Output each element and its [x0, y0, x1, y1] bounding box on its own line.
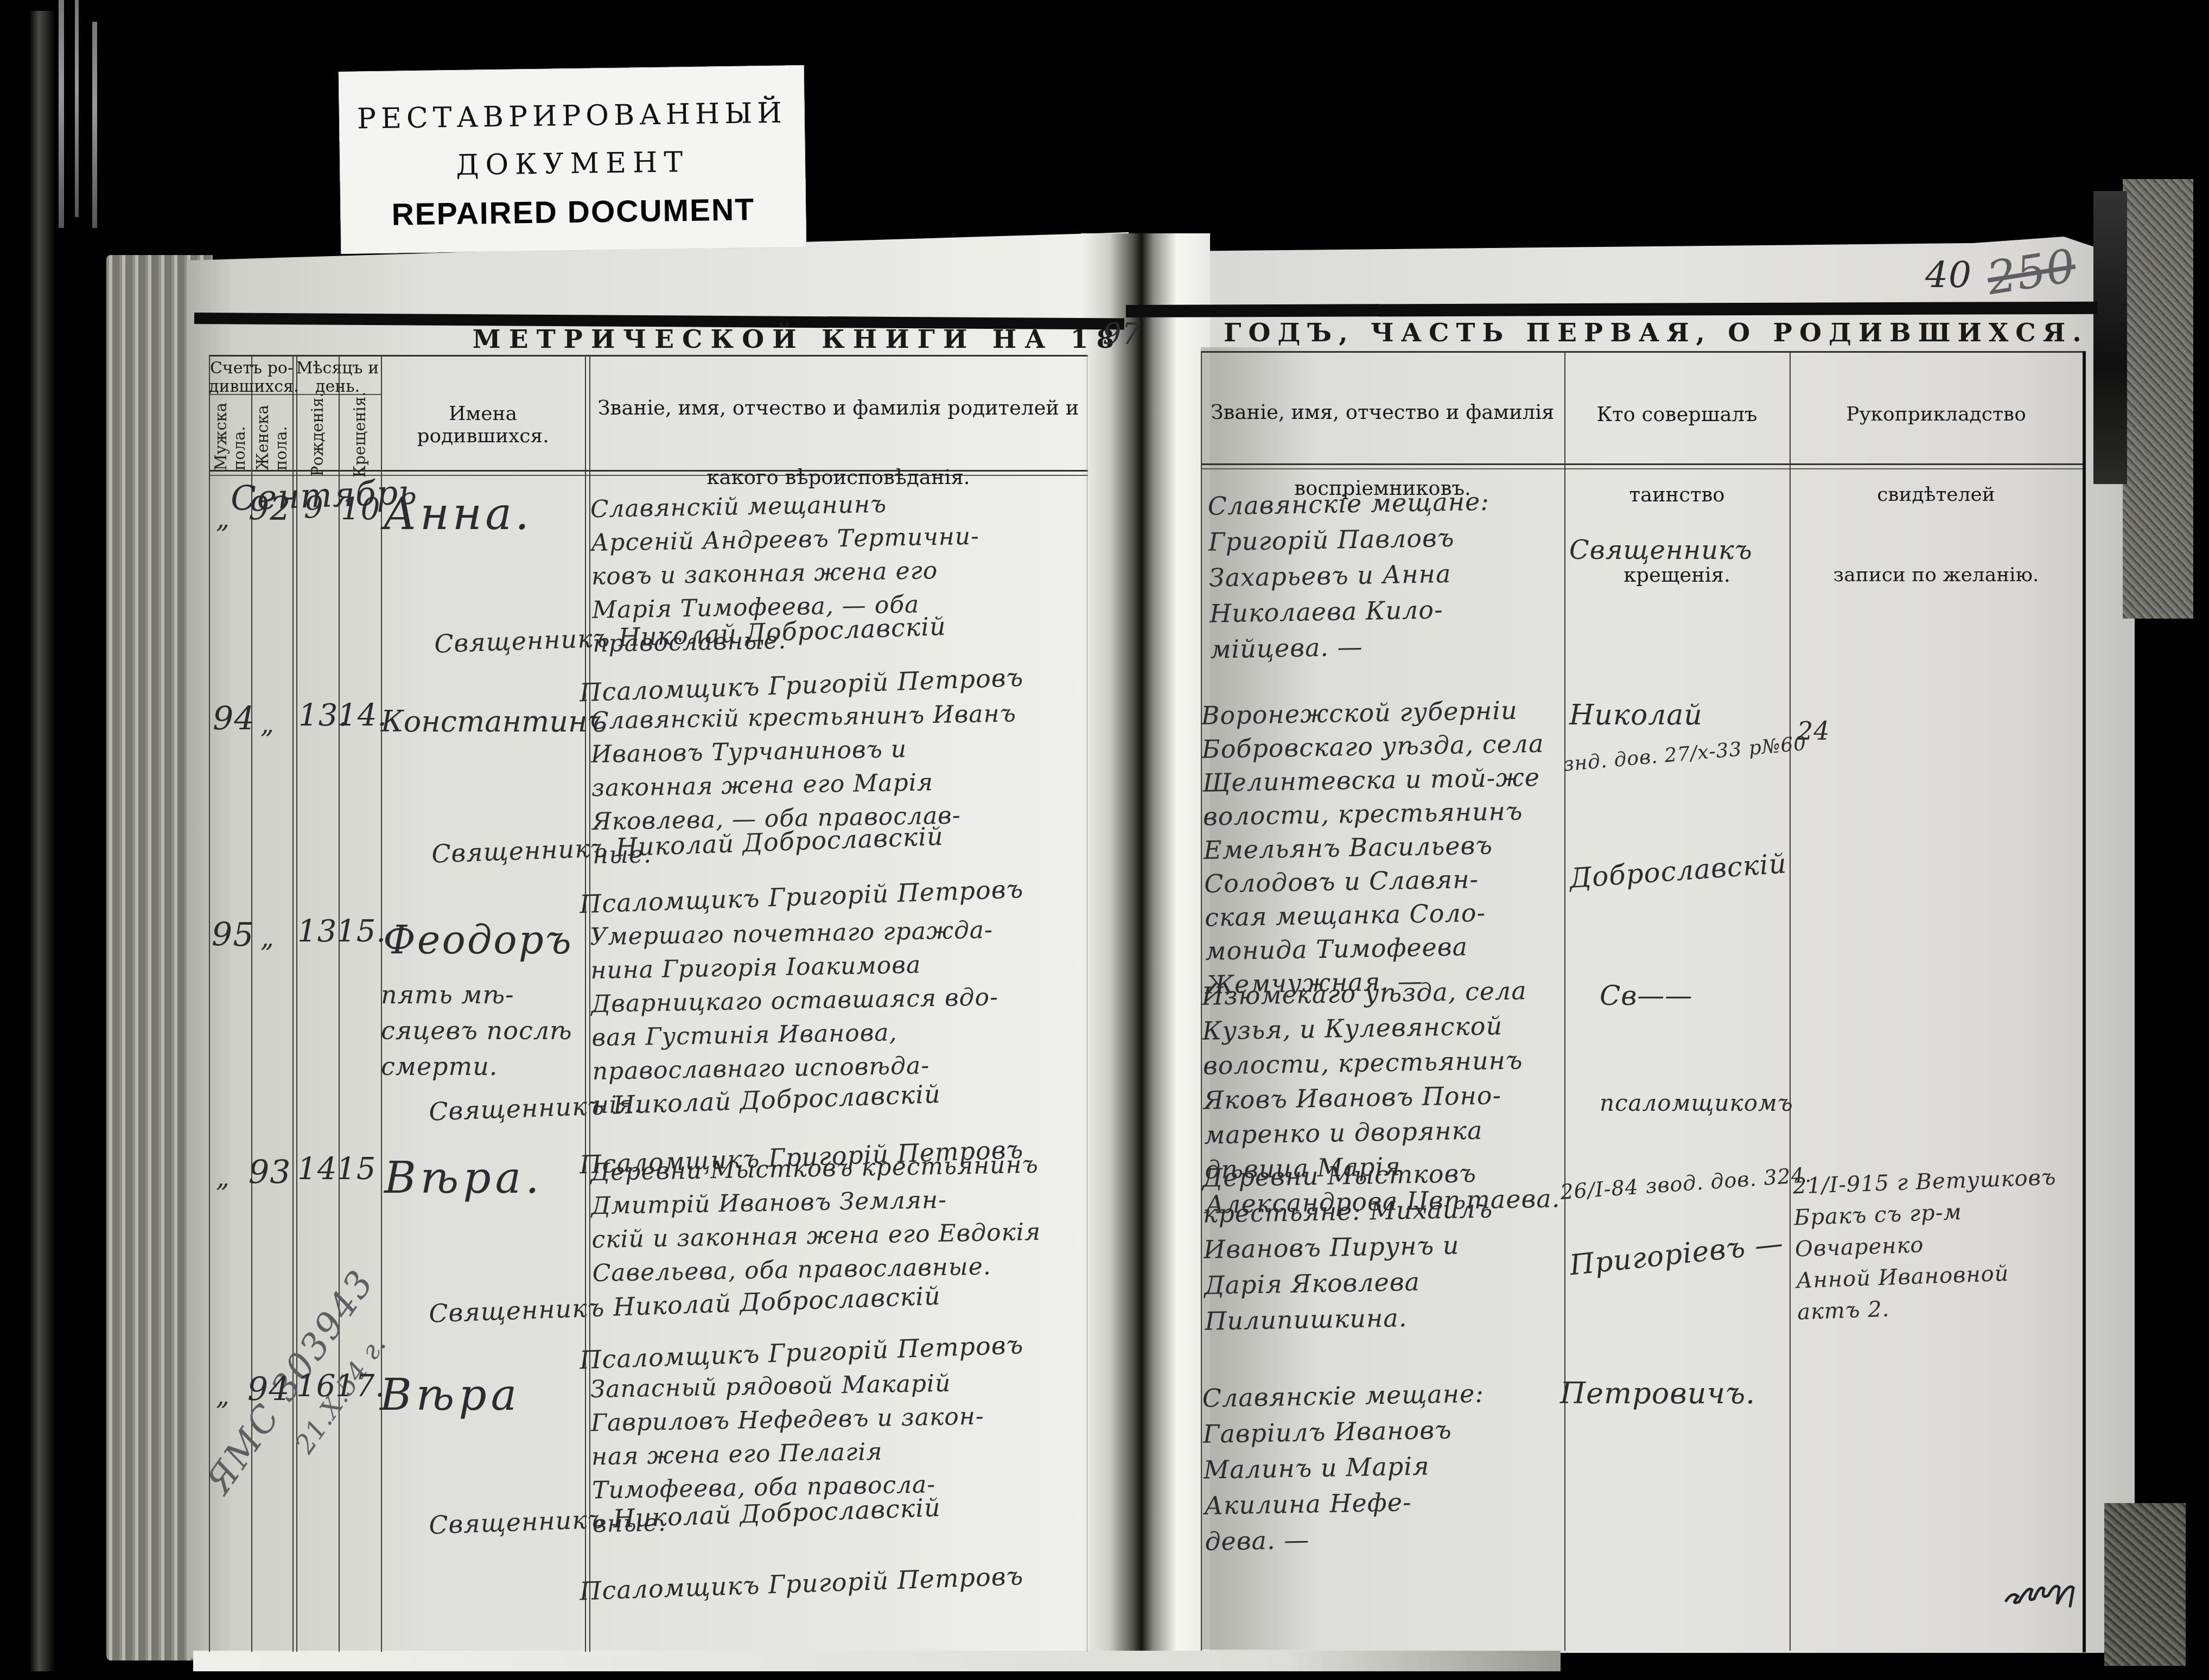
- entry-3-female-no: „: [260, 922, 275, 953]
- entry-3-baptized-day: 15.: [336, 914, 386, 949]
- entry-4-female-no: 93: [249, 1154, 291, 1192]
- entry-5-baptized-day: 17.: [335, 1369, 385, 1404]
- book-edge-gap: [2093, 191, 2127, 484]
- right-col-line-3: [2083, 351, 2086, 1652]
- entry-2-godparents-text: Воронежской губерніи Бобровскаго уѣзда, …: [1201, 692, 1564, 1001]
- entry-4-male-no: „: [216, 1162, 230, 1193]
- entry-5-born-day: 16: [296, 1369, 336, 1404]
- entry-3-officiant-text: Св——: [1600, 980, 1692, 1011]
- entry-3-officiant-extra: псаломщикомъ: [1600, 1090, 1793, 1116]
- left-col-line-5b: [589, 355, 590, 1652]
- left-header-top-line: [209, 355, 1088, 357]
- entry-2-name: Константинъ: [381, 704, 587, 739]
- repaired-document-label: РЕСТАВРИРОВАННЫЙ ДОКУМЕНТ REPAIRED DOCUM…: [339, 65, 807, 254]
- entry-5-male-no: „: [216, 1380, 230, 1411]
- left-col-line-5a: [585, 355, 586, 1652]
- label-line-en: REPAIRED DOCUMENT: [340, 191, 806, 233]
- entry-1-baptized-day: 10: [341, 492, 380, 527]
- corner-signature-mark: [2003, 1568, 2096, 1612]
- entry-5-name: Вѣра: [380, 1370, 521, 1420]
- book-spine-edge: [30, 11, 55, 1671]
- entry-1-female-no: 92: [249, 490, 291, 528]
- page-edge-streak: [75, 0, 79, 217]
- entry-2-officiant-text: Николай: [1569, 699, 1703, 731]
- col-header-count-group: Счетъ ро- дившихся.: [209, 359, 294, 396]
- col-header-witnesses: Рукоприкладство свидѣтелей записи по жел…: [1790, 374, 2083, 615]
- entry-3-born-day: 13: [297, 914, 337, 949]
- left-page-title-year-handwritten: 97: [1103, 317, 1141, 351]
- col-header-month-group: Мѣсяцъ и день.: [294, 359, 381, 396]
- col-header-baptism: Крещенія.: [339, 399, 381, 470]
- entry-1-officiant-text: Священникъ: [1569, 535, 1753, 565]
- entry-2-baptized-day: 14.: [338, 698, 387, 733]
- book-board-top-right: [2123, 179, 2193, 619]
- entry-1-godparents-text: Славянскіе мещане: Григорій Павловъ Заха…: [1207, 482, 1563, 667]
- entry-3-male-no: 95: [212, 916, 254, 954]
- scanner-bed-strip: [193, 1651, 1561, 1671]
- col-header-male: Мужска пола.: [209, 399, 251, 470]
- left-col-line-0: [209, 355, 210, 1652]
- right-page-title: ГОДЪ, ЧАСТЬ ПЕРВАЯ, О РОДИВШИХСЯ.: [1224, 318, 2021, 348]
- entry-1-name: Анна.: [383, 488, 532, 540]
- entry-4-remarks-text: 21/I-915 г Ветушковъ Бракъ съ гр-м Овчар…: [1792, 1161, 2093, 1328]
- entry-4-godparents-text: Деревни Мыстковъ крестьяне: Михаилъ Иван…: [1202, 1154, 1563, 1339]
- entry-4-name: Вѣра.: [384, 1153, 544, 1203]
- entry-4-born-day: 14: [297, 1151, 337, 1187]
- col-header-officiant: Кто совершалъ таинство крещенія.: [1564, 374, 1790, 615]
- entry-2-margin-note: 24: [1797, 716, 1830, 746]
- col-header-female: Женска пола.: [251, 399, 292, 470]
- col-header-names: Имена родившихся.: [381, 403, 585, 447]
- entry-5-officiant-text: Петровичъ.: [1560, 1376, 1755, 1410]
- entry-2-female-no: „: [260, 709, 275, 739]
- right-header-top-line: [1201, 351, 2086, 353]
- entry-5-godparents-text: Славянскіе мещане: Гавріилъ Ивановъ Мали…: [1202, 1374, 1563, 1559]
- entry-4-parents-text: Деревни Мыстковъ крестьянинъ Дмитрій Ива…: [590, 1147, 1103, 1290]
- label-line-ru-1: РЕСТАВРИРОВАННЫЙ: [339, 97, 805, 136]
- page-edge-streak: [59, 0, 64, 228]
- col-header-birth: Рожденія.: [296, 399, 339, 470]
- entry-3-name: Феодоръ: [383, 917, 573, 963]
- entry-5-female-no: 94: [247, 1371, 290, 1409]
- label-line-ru-2: ДОКУМЕНТ: [340, 144, 806, 183]
- left-page-title: МЕТРИЧЕСКОЙ КНИГИ НА 18: [468, 324, 1127, 354]
- folio-number-ink: 40: [1925, 254, 1972, 296]
- book-scan: РЕСТАВРИРОВАННЫЙ ДОКУМЕНТ REPAIRED DOCUM…: [0, 0, 2209, 1680]
- entry-1-male-no: „: [216, 504, 230, 534]
- entry-4-baptized-day: 15: [336, 1151, 376, 1187]
- entry-1-born-day: 9: [304, 490, 324, 525]
- entry-2-male-no: 94: [213, 700, 255, 738]
- book-board-bottom-right: [2104, 1503, 2186, 1666]
- page-edge-streak: [92, 22, 97, 228]
- entry-3-name-note: пять мѣ- сяцевъ послѣ смерти.: [381, 977, 582, 1084]
